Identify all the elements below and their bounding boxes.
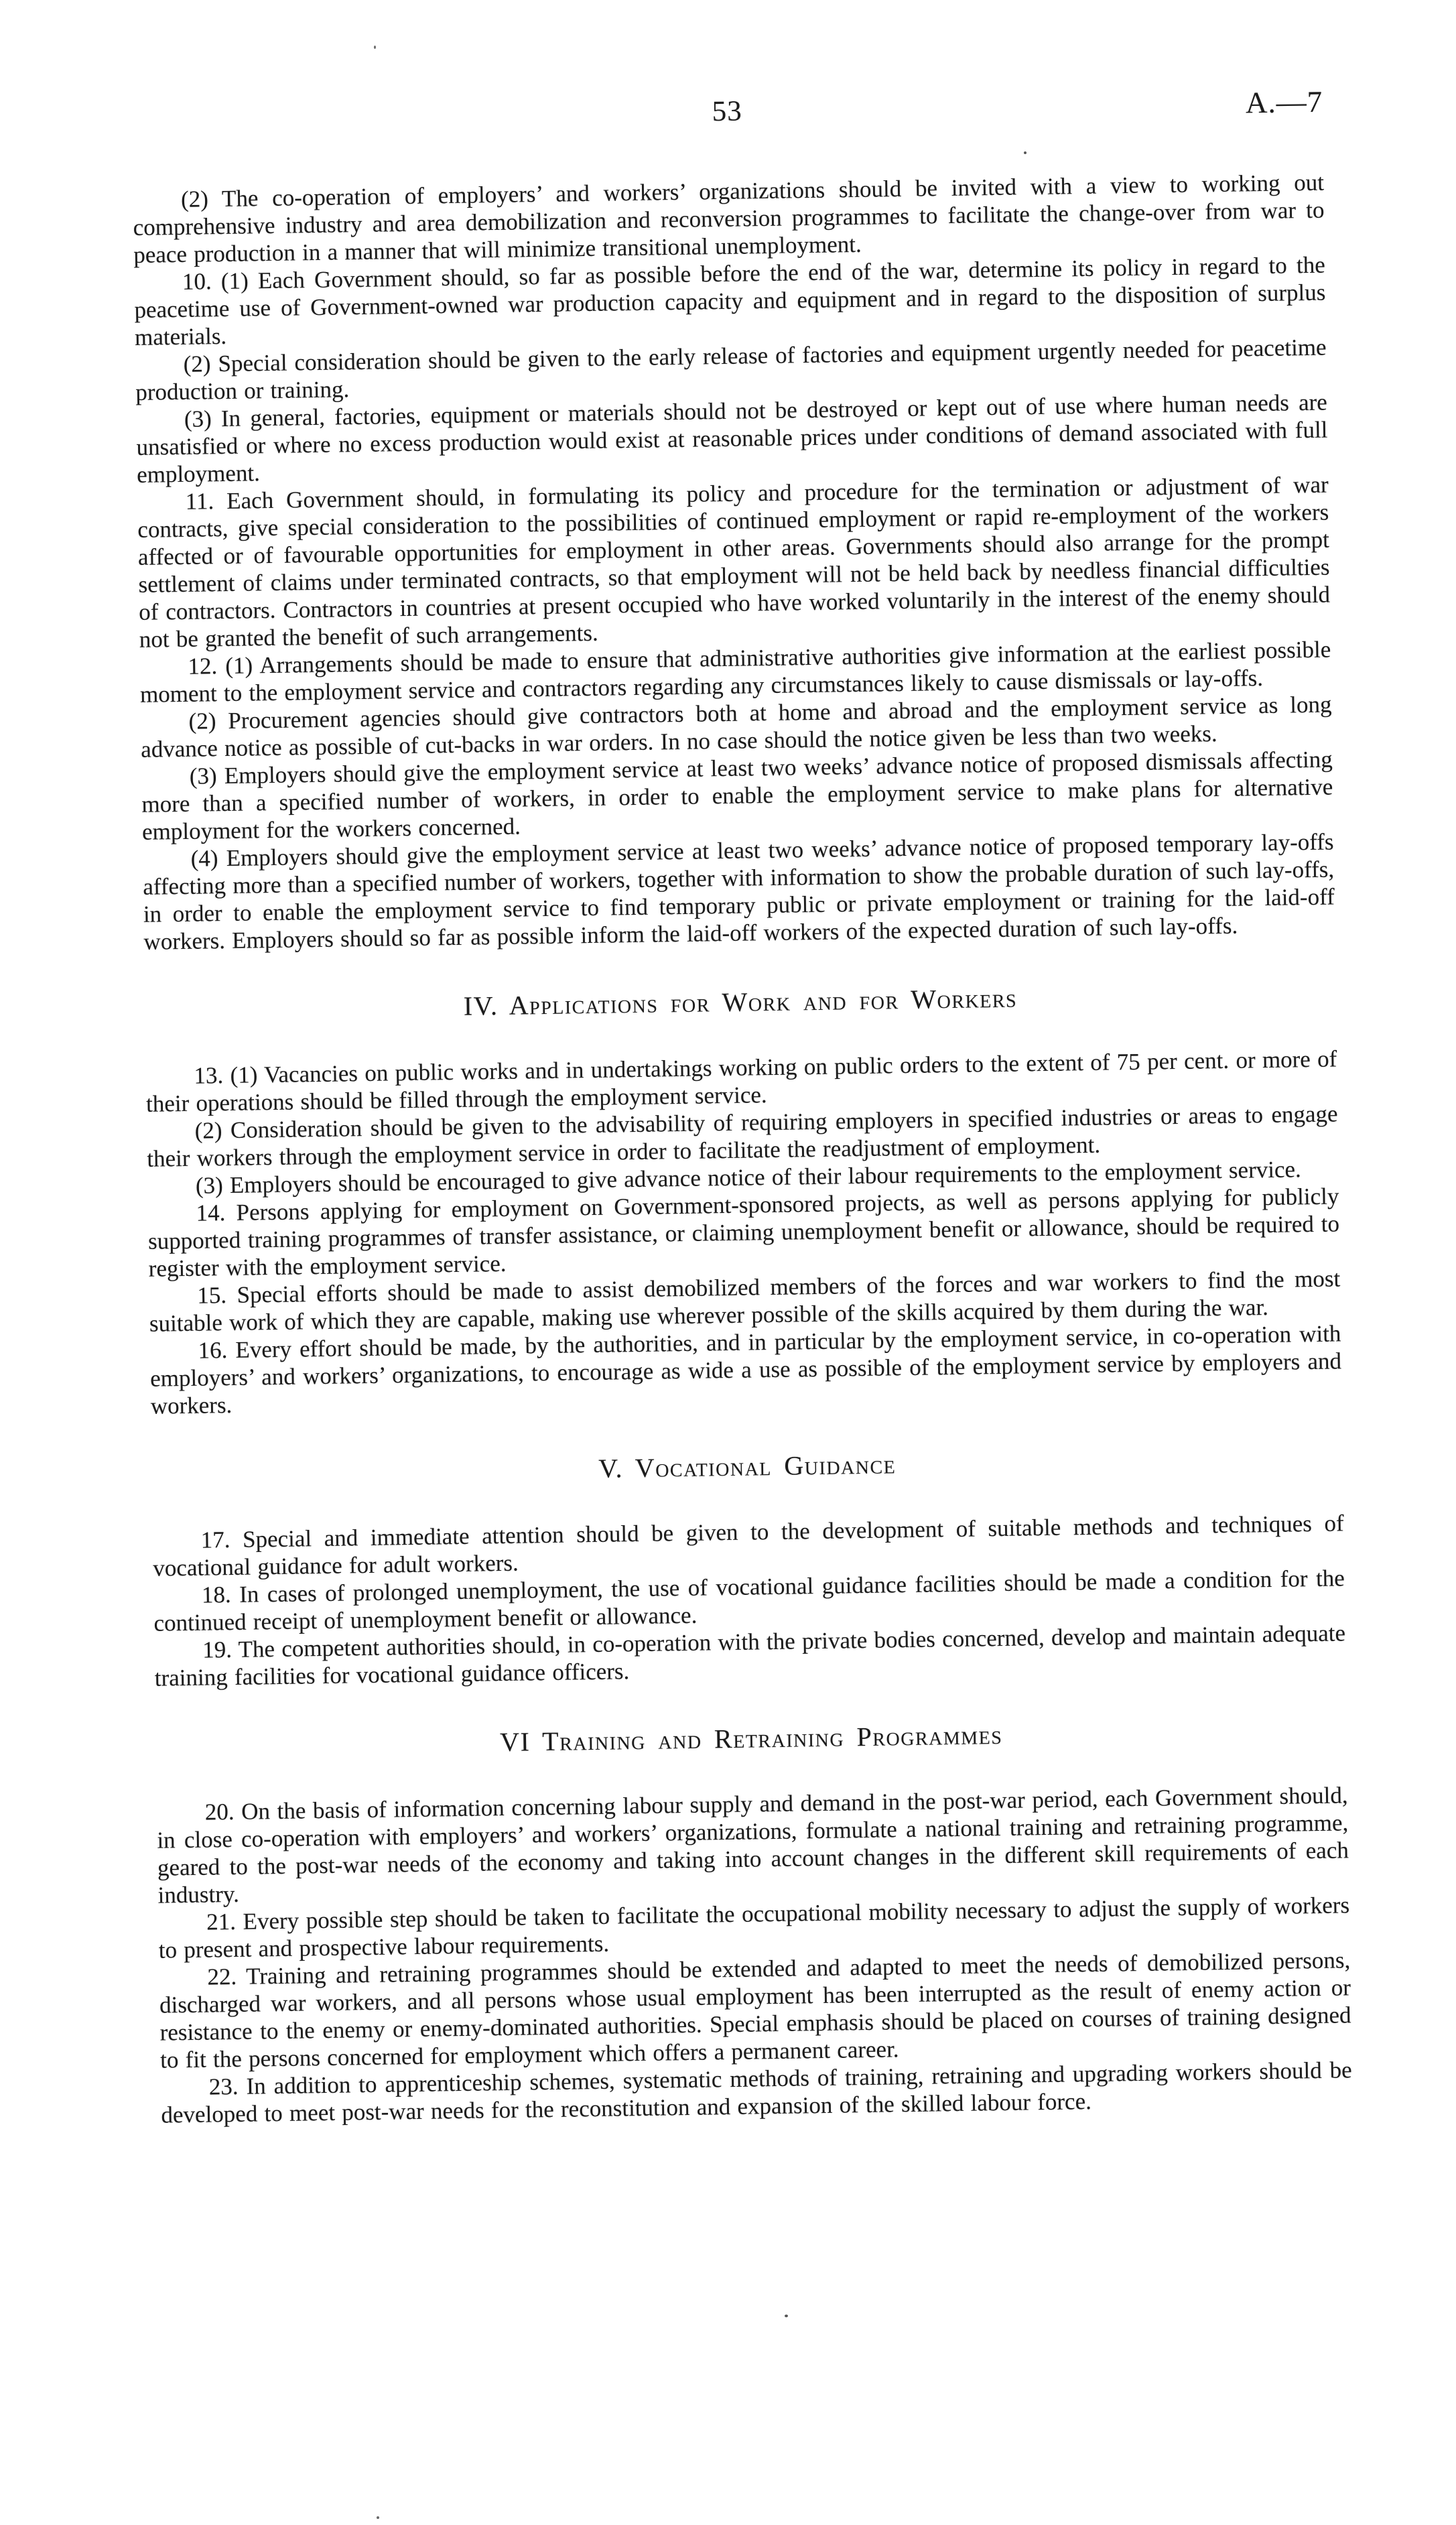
scan-artifact	[374, 46, 376, 49]
document-reference: A.—7	[1246, 88, 1323, 117]
page-header: 53 A.—7	[131, 88, 1323, 134]
section-heading-vi: VI Training and Retraining Programmes	[155, 1714, 1347, 1762]
page-content: 53 A.—7 (2) The co-operation of employer…	[131, 88, 1353, 2129]
page-number: 53	[712, 97, 742, 125]
document-page: 53 A.—7 (2) The co-operation of employer…	[0, 0, 1456, 2525]
paragraph: 22. Training and retraining programmes s…	[159, 1946, 1351, 2073]
section-heading-v: V. Vocational Guidance	[151, 1442, 1343, 1490]
paragraph: (4) Employers should give the employment…	[142, 828, 1335, 956]
scan-artifact	[1024, 151, 1027, 154]
paragraph: 20. On the basis of information concerni…	[156, 1781, 1349, 1908]
scan-artifact	[785, 2315, 788, 2317]
scan-artifact	[377, 2516, 379, 2519]
section-heading-iv: IV. Applications for Work and for Worker…	[145, 978, 1336, 1026]
paragraph: 16. Every effort should be made, by the …	[149, 1319, 1342, 1419]
paragraph: 11. Each Government should, in formulati…	[137, 471, 1330, 653]
